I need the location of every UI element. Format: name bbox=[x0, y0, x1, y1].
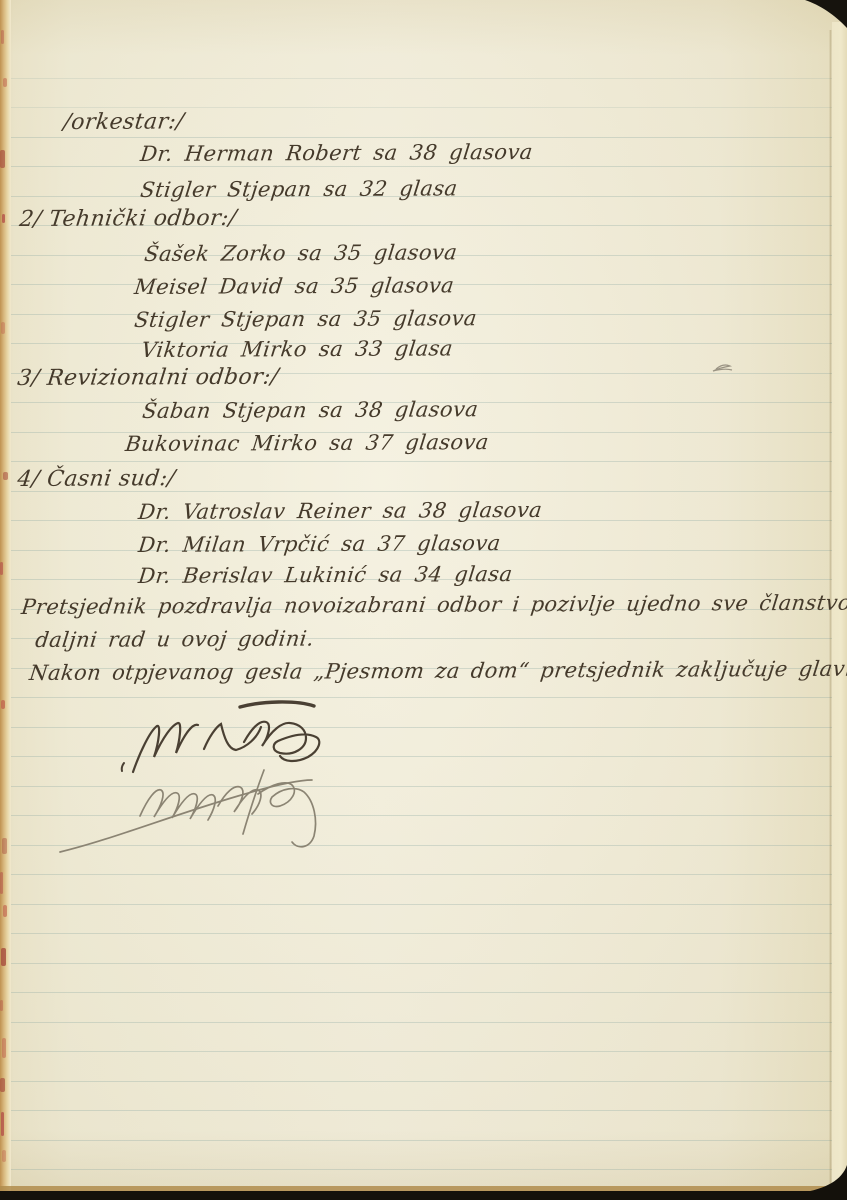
binding-red-mark bbox=[2, 1038, 6, 1058]
signature-ink-w-viktor bbox=[122, 702, 320, 772]
vote-entry: Šaban Stjepan sa 38 glasova bbox=[141, 397, 480, 423]
section-heading-revizionalni: 3/ Revizionalni odbor:/ bbox=[16, 365, 280, 391]
section-heading-tehnicki: 2/ Tehnički odbor:/ bbox=[18, 206, 238, 232]
vote-entry: Viktoria Mirko sa 33 glasa bbox=[140, 336, 454, 362]
section-heading-orkestar: /orkestar:/ bbox=[62, 109, 186, 135]
binding-red-mark bbox=[0, 150, 5, 168]
binding-red-mark bbox=[0, 562, 3, 575]
section-heading-casni-sud: 4/ Časni sud:/ bbox=[16, 466, 177, 492]
vote-entry: Dr. Berislav Lukinić sa 34 glasa bbox=[137, 562, 514, 588]
closing-paragraph-line: daljni rad u ovoj godini. bbox=[34, 627, 315, 652]
binding-red-mark bbox=[0, 1000, 3, 1011]
vote-entry: Stigler Stjepan sa 35 glasova bbox=[133, 306, 478, 332]
closing-paragraph-line: Nakon otpjevanog gesla „Pjesmom za dom“ … bbox=[28, 656, 847, 685]
background-bottom-edge bbox=[0, 1191, 847, 1200]
binding-red-mark bbox=[2, 838, 7, 854]
binding-red-mark bbox=[1, 948, 6, 966]
binding-red-mark bbox=[1, 1112, 4, 1136]
binding-red-mark bbox=[1, 30, 4, 44]
margin-pencil-mark bbox=[713, 365, 732, 371]
vote-entry: Bukovinac Mirko sa 37 glasova bbox=[124, 430, 490, 456]
vote-entry: Meisel David sa 35 glasova bbox=[133, 273, 456, 299]
binding-red-mark bbox=[3, 905, 7, 917]
scanned-notebook-photo: /orkestar:/ Dr. Herman Robert sa 38 glas… bbox=[0, 0, 847, 1200]
vote-entry: Šašek Zorko sa 35 glasova bbox=[143, 240, 459, 266]
binding-red-mark bbox=[3, 472, 8, 480]
notebook-page: /orkestar:/ Dr. Herman Robert sa 38 glas… bbox=[0, 0, 847, 1200]
vote-entry: Stigler Stjepan sa 32 glasa bbox=[139, 176, 459, 202]
binding-red-mark bbox=[0, 872, 3, 894]
binding-edge bbox=[0, 0, 11, 1200]
vote-entry: Dr. Vatroslav Reiner sa 38 glasova bbox=[137, 498, 544, 524]
binding-red-mark bbox=[1, 322, 5, 334]
vote-entry: Dr. Milan Vrpčić sa 37 glasova bbox=[137, 531, 502, 557]
vote-entry: Dr. Herman Robert sa 38 glasova bbox=[139, 140, 534, 166]
signature-pencil-illegible bbox=[60, 770, 316, 852]
closing-paragraph-line: Pretsjednik pozdravlja novoizabrani odbo… bbox=[20, 590, 847, 619]
binding-red-mark bbox=[2, 1150, 6, 1162]
binding-red-mark bbox=[3, 78, 7, 87]
binding-red-mark bbox=[1, 700, 5, 709]
binding-red-mark bbox=[2, 214, 5, 223]
binding-red-mark bbox=[0, 1078, 5, 1092]
background-bottom-strip bbox=[0, 1186, 847, 1191]
